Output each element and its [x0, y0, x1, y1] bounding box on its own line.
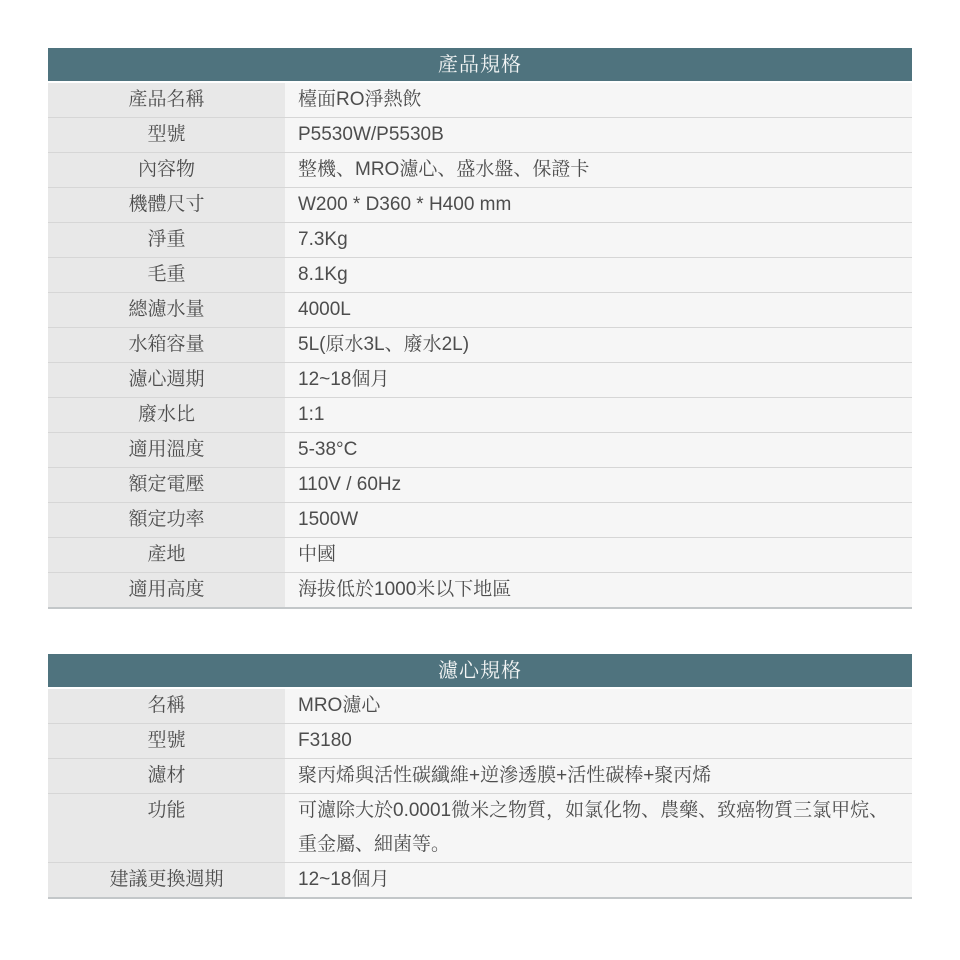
- spec-value: 檯面RO淨熱飲: [285, 83, 912, 117]
- table-row: 適用溫度 5-38°C: [48, 433, 912, 468]
- spec-label: 額定功率: [48, 503, 285, 537]
- spec-label: 內容物: [48, 153, 285, 187]
- table-row: 濾心週期 12~18個月: [48, 363, 912, 398]
- spec-value: 110V / 60Hz: [285, 468, 912, 502]
- spec-value: F3180: [285, 724, 912, 758]
- spec-value: 4000L: [285, 293, 912, 327]
- spec-value: 整機、MRO濾心、盛水盤、保證卡: [285, 153, 912, 187]
- spec-value: 5-38°C: [285, 433, 912, 467]
- spec-value: 中國: [285, 538, 912, 572]
- table-row: 總濾水量 4000L: [48, 293, 912, 328]
- spec-label: 廢水比: [48, 398, 285, 432]
- spec-value: 1500W: [285, 503, 912, 537]
- table-row: 產品名稱 檯面RO淨熱飲: [48, 83, 912, 118]
- table-row: 內容物 整機、MRO濾心、盛水盤、保證卡: [48, 153, 912, 188]
- spec-label: 型號: [48, 118, 285, 152]
- spec-label: 功能: [48, 794, 285, 862]
- table-row: 產地 中國: [48, 538, 912, 573]
- spec-value: 12~18個月: [285, 863, 912, 897]
- spec-label: 總濾水量: [48, 293, 285, 327]
- spec-label: 產地: [48, 538, 285, 572]
- table-row: 廢水比 1:1: [48, 398, 912, 433]
- table-row: 名稱 MRO濾心: [48, 689, 912, 724]
- table-row: 額定功率 1500W: [48, 503, 912, 538]
- product-spec-page: 產品規格 產品名稱 檯面RO淨熱飲 型號 P5530W/P5530B 內容物 整…: [0, 0, 960, 960]
- spec-label: 額定電壓: [48, 468, 285, 502]
- product-spec-table: 產品規格 產品名稱 檯面RO淨熱飲 型號 P5530W/P5530B 內容物 整…: [48, 48, 912, 609]
- spec-label: 淨重: [48, 223, 285, 257]
- table-row: 型號 P5530W/P5530B: [48, 118, 912, 153]
- spec-label: 濾材: [48, 759, 285, 793]
- product-spec-table-title: 產品規格: [48, 48, 912, 83]
- spec-value: 5L(原水3L、廢水2L): [285, 328, 912, 362]
- spec-label: 適用溫度: [48, 433, 285, 467]
- table-row: 型號 F3180: [48, 724, 912, 759]
- spec-value: W200 * D360 * H400 mm: [285, 188, 912, 222]
- filter-spec-table-title: 濾心規格: [48, 654, 912, 689]
- spec-value: P5530W/P5530B: [285, 118, 912, 152]
- table-row: 淨重 7.3Kg: [48, 223, 912, 258]
- spec-value: 聚丙烯與活性碳纖維+逆滲透膜+活性碳棒+聚丙烯: [285, 759, 912, 793]
- table-row: 水箱容量 5L(原水3L、廢水2L): [48, 328, 912, 363]
- spec-label: 機體尺寸: [48, 188, 285, 222]
- spec-value: 海拔低於1000米以下地區: [285, 573, 912, 607]
- filter-spec-table: 濾心規格 名稱 MRO濾心 型號 F3180 濾材 聚丙烯與活性碳纖維+逆滲透膜…: [48, 654, 912, 899]
- spec-label: 名稱: [48, 689, 285, 723]
- spec-label: 毛重: [48, 258, 285, 292]
- spec-label: 產品名稱: [48, 83, 285, 117]
- spec-label: 濾心週期: [48, 363, 285, 397]
- spec-label: 水箱容量: [48, 328, 285, 362]
- spec-value: 1:1: [285, 398, 912, 432]
- spec-value: 可濾除大於0.0001微米之物質，如氯化物、農藥、致癌物質三氯甲烷、重金屬、細菌…: [285, 794, 912, 862]
- table-row: 功能 可濾除大於0.0001微米之物質，如氯化物、農藥、致癌物質三氯甲烷、重金屬…: [48, 794, 912, 863]
- spec-value: 12~18個月: [285, 363, 912, 397]
- table-row: 建議更換週期 12~18個月: [48, 863, 912, 897]
- table-row: 適用高度 海拔低於1000米以下地區: [48, 573, 912, 607]
- spec-label: 建議更換週期: [48, 863, 285, 897]
- spec-value: 8.1Kg: [285, 258, 912, 292]
- spec-value: MRO濾心: [285, 689, 912, 723]
- table-row: 額定電壓 110V / 60Hz: [48, 468, 912, 503]
- table-row: 濾材 聚丙烯與活性碳纖維+逆滲透膜+活性碳棒+聚丙烯: [48, 759, 912, 794]
- spec-label: 適用高度: [48, 573, 285, 607]
- spec-label: 型號: [48, 724, 285, 758]
- spec-value: 7.3Kg: [285, 223, 912, 257]
- table-row: 毛重 8.1Kg: [48, 258, 912, 293]
- table-row: 機體尺寸 W200 * D360 * H400 mm: [48, 188, 912, 223]
